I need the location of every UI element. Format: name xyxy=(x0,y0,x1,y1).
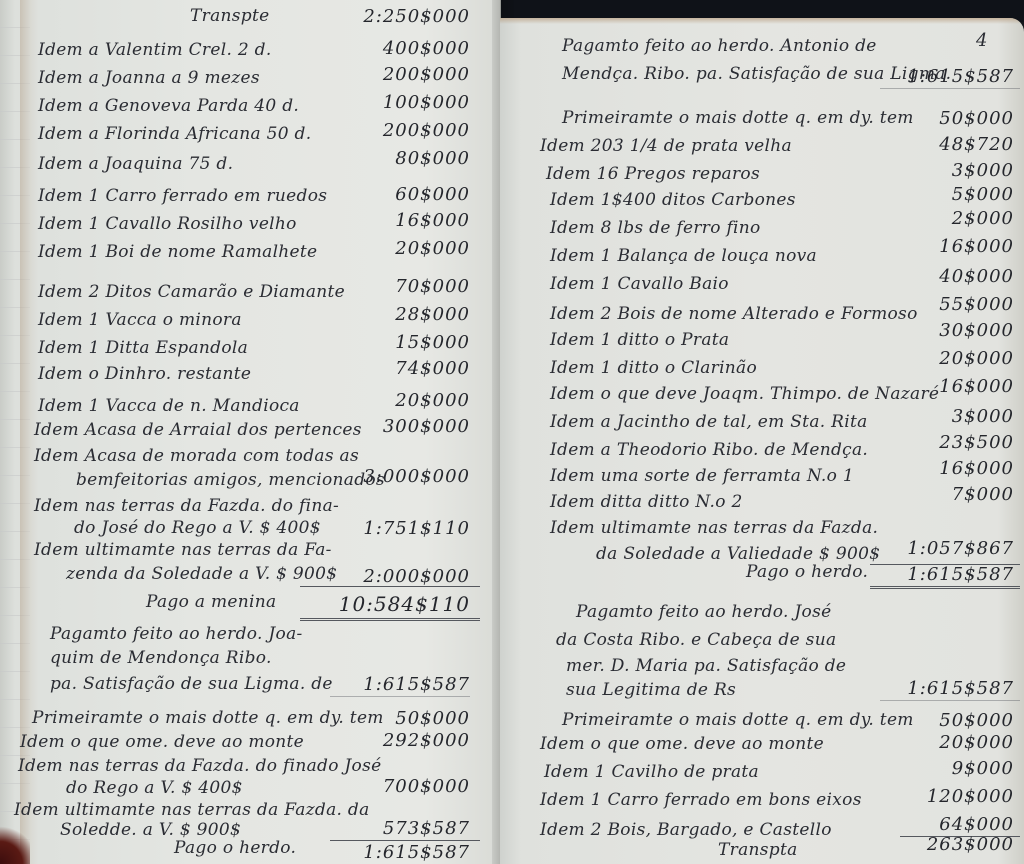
ledger-left-page: Transpte 2:250$000 Idem a Valentim Crel.… xyxy=(0,0,501,864)
entry-amount: 1:751$110 xyxy=(340,518,470,539)
entry-amount: 30$000 xyxy=(904,320,1014,341)
entry-amount: 55$000 xyxy=(904,294,1014,315)
entry-amount: 50$000 xyxy=(904,108,1014,129)
carry-forward-label: Transpta xyxy=(718,840,798,860)
section-heading-line: pa. Satisfação de sua Ligma. de xyxy=(50,674,333,694)
ledger-entry: Idem uma sorte de ferramta N.o 1 xyxy=(550,466,854,486)
heading-rule xyxy=(880,88,1020,89)
ledger-entry: Primeiramte o mais dotte q. em dy. tem xyxy=(32,708,384,728)
ledger-entry-continuation: Soledde. a V. $ 900$ xyxy=(60,820,241,840)
entry-amount: 50$000 xyxy=(360,708,470,729)
entry-amount: 100$000 xyxy=(360,92,470,113)
total-label: Pago o herdo. xyxy=(174,838,296,858)
ledger-entry: Idem ultimamte nas terras da Fa- xyxy=(34,540,332,560)
ledger-entry: Idem 1 Cavallo Baio xyxy=(550,274,729,294)
ledger-entry: Idem a Valentim Crel. 2 d. xyxy=(38,40,272,60)
entry-amount: 292$000 xyxy=(340,730,470,751)
entry-amount: 1:057$867 xyxy=(880,538,1014,559)
entry-amount: 300$000 xyxy=(360,416,470,437)
entry-amount: 48$720 xyxy=(904,134,1014,155)
entry-amount: 20$000 xyxy=(360,390,470,411)
ledger-entry-continuation: bemfeitorias amigos, mencionados xyxy=(76,470,385,490)
ledger-entry: Idem 8 lbs de ferro fino xyxy=(550,218,761,238)
entry-amount: 200$000 xyxy=(360,64,470,85)
section-heading-line: mer. D. Maria pa. Satisfação de xyxy=(566,656,846,676)
ledger-entry: Idem nas terras da Fazda. do fina- xyxy=(34,496,339,516)
ledger-entry: Idem ditta ditto N.o 2 xyxy=(550,492,743,512)
entry-amount: 28$000 xyxy=(360,304,470,325)
page-top-edge xyxy=(500,18,1024,24)
ledger-entry: Idem 203 1/4 de prata velha xyxy=(540,136,792,156)
entry-amount: 20$000 xyxy=(904,348,1014,369)
sum-rule xyxy=(300,586,480,587)
entry-amount: 573$587 xyxy=(340,818,470,839)
ledger-entry: Idem o Dinhro. restante xyxy=(38,364,251,384)
ledger-entry: Idem 1 Ditta Espandola xyxy=(38,338,248,358)
entry-amount: 7$000 xyxy=(904,484,1014,505)
section-heading-amount: 1:615$587 xyxy=(890,66,1014,87)
entry-amount: 20$000 xyxy=(360,238,470,259)
ledger-entry-continuation: zenda da Soledade a V. $ 900$ xyxy=(66,564,337,584)
ledger-entry: Primeiramte o mais dotte q. em dy. tem xyxy=(562,108,914,128)
section-heading-line: da Costa Ribo. e Cabeça de sua xyxy=(556,630,836,650)
page-number: 4 xyxy=(976,30,987,51)
ledger-entry: Idem 1 ditto o Prata xyxy=(550,330,729,350)
section-heading-line: Pagamto feito ao herdo. Joa- xyxy=(50,624,303,644)
entry-amount: 2:000$000 xyxy=(340,566,470,587)
total-label: Pago o herdo. xyxy=(746,562,868,582)
ledger-entry: Idem 1 Carro ferrado em ruedos xyxy=(38,186,327,206)
ledger-entry-continuation: da Soledade a Valiedade $ 900$ xyxy=(596,544,880,564)
entry-amount: 400$000 xyxy=(360,38,470,59)
ledger-entry: Idem a Florinda Africana 50 d. xyxy=(38,124,311,144)
ledger-entry: Idem a Genoveva Parda 40 d. xyxy=(38,96,299,116)
ledger-entry: Idem 2 Bois de nome Alterado e Formoso xyxy=(550,304,918,324)
total-amount: 1:615$587 xyxy=(880,564,1014,585)
entry-amount: 70$000 xyxy=(360,276,470,297)
entry-amount: 9$000 xyxy=(904,758,1014,779)
entry-amount: 700$000 xyxy=(350,776,470,797)
ledger-entry-continuation: do Rego a V. $ 400$ xyxy=(66,778,243,798)
subtotal-label: Pago a menina xyxy=(146,592,276,612)
double-rule xyxy=(870,586,1020,589)
carry-forward-amount: 2:250$000 xyxy=(360,6,470,27)
entry-amount: 50$000 xyxy=(904,710,1014,731)
total-amount: 1:615$587 xyxy=(330,842,470,863)
ledger-entry: Idem 16 Pregos reparos xyxy=(546,164,760,184)
entry-amount: 3:000$000 xyxy=(340,466,470,487)
section-heading-line: quim de Mendonça Ribo. xyxy=(50,648,272,668)
ledger-entry: Idem 2 Ditos Camarão e Diamante xyxy=(38,282,345,302)
entry-amount: 80$000 xyxy=(360,148,470,169)
ledger-entry: Idem 1 Vacca o minora xyxy=(38,310,242,330)
ledger-entry: Idem a Joaquina 75 d. xyxy=(38,154,233,174)
section-heading-line: sua Legitima de Rs xyxy=(566,680,736,700)
entry-amount: 20$000 xyxy=(904,732,1014,753)
heading-rule xyxy=(880,700,1020,701)
ledger-entry: Idem a Theodorio Ribo. de Mendça. xyxy=(550,440,868,460)
entry-amount: 16$000 xyxy=(904,236,1014,257)
carry-forward-label: Transpte xyxy=(190,6,269,26)
entry-amount: 200$000 xyxy=(360,120,470,141)
ledger-entry: Idem o que deve Joaqm. Thimpo. de Nazaré xyxy=(550,384,939,404)
entry-amount: 15$000 xyxy=(360,332,470,353)
ledger-entry: Idem 1 ditto o Clarinão xyxy=(550,358,757,378)
entry-amount: 2$000 xyxy=(904,208,1014,229)
ledger-entry: Idem a Jacintho de tal, em Sta. Rita xyxy=(550,412,868,432)
entry-amount: 3$000 xyxy=(904,160,1014,181)
ledger-entry: Idem Acasa de Arraial dos pertences xyxy=(34,420,362,440)
entry-amount: 23$500 xyxy=(904,432,1014,453)
ledger-entry: Idem 1 Boi de nome Ramalhete xyxy=(38,242,317,262)
entry-amount: 16$000 xyxy=(360,210,470,231)
ledger-entry: Idem o que ome. deve ao monte xyxy=(20,732,304,752)
sum-rule xyxy=(330,840,480,841)
entry-amount: 40$000 xyxy=(904,266,1014,287)
ledger-entry: Idem 1 Carro ferrado em bons eixos xyxy=(540,790,862,810)
section-heading-line: Pagamto feito ao herdo. José xyxy=(576,602,831,622)
entry-amount: 16$000 xyxy=(904,458,1014,479)
heading-rule xyxy=(330,696,470,697)
entry-amount: 5$000 xyxy=(904,184,1014,205)
ledger-entry: Idem o que ome. deve ao monte xyxy=(540,734,824,754)
section-heading-line: Pagamto feito ao herdo. Antonio de xyxy=(562,36,877,56)
binding-stain xyxy=(0,824,30,864)
section-heading-amount: 1:615$587 xyxy=(880,678,1014,699)
ledger-right-page: 4 Pagamto feito ao herdo. Antonio de Men… xyxy=(500,18,1024,864)
entry-amount: 64$000 xyxy=(904,814,1014,835)
entry-amount: 16$000 xyxy=(904,376,1014,397)
ledger-entry: Idem 1 Balança de louça nova xyxy=(550,246,817,266)
ledger-entry: Idem 1 Cavilho de prata xyxy=(544,762,759,782)
ledger-entry: Idem nas terras da Fazda. do finado José xyxy=(18,756,381,776)
ledger-entry: Idem a Joanna a 9 mezes xyxy=(38,68,260,88)
double-rule xyxy=(300,618,480,621)
entry-amount: 3$000 xyxy=(904,406,1014,427)
ledger-entry: Primeiramte o mais dotte q. em dy. tem xyxy=(562,710,914,730)
section-heading-amount: 1:615$587 xyxy=(330,674,470,695)
ledger-entry-continuation: do José do Rego a V. $ 400$ xyxy=(74,518,321,538)
ledger-entry: Idem 2 Bois, Bargado, e Castello xyxy=(540,820,832,840)
entry-amount: 74$000 xyxy=(360,358,470,379)
entry-amount: 120$000 xyxy=(890,786,1014,807)
ledger-entry: Idem 1 Cavallo Rosilho velho xyxy=(38,214,297,234)
ledger-entry: Idem 1$400 ditos Carbones xyxy=(550,190,796,210)
carry-forward-amount: 263$000 xyxy=(904,834,1014,855)
ledger-entry: Idem ultimamte nas terras da Fazda. da xyxy=(14,800,370,820)
ledger-entry: Idem 1 Vacca de n. Mandioca xyxy=(38,396,300,416)
subtotal-amount: 10:584$110 xyxy=(320,592,470,616)
ledger-entry: Idem ultimamte nas terras da Fazda. xyxy=(550,518,878,538)
ledger-entry: Idem Acasa de morada com todas as xyxy=(34,446,359,466)
entry-amount: 60$000 xyxy=(360,184,470,205)
